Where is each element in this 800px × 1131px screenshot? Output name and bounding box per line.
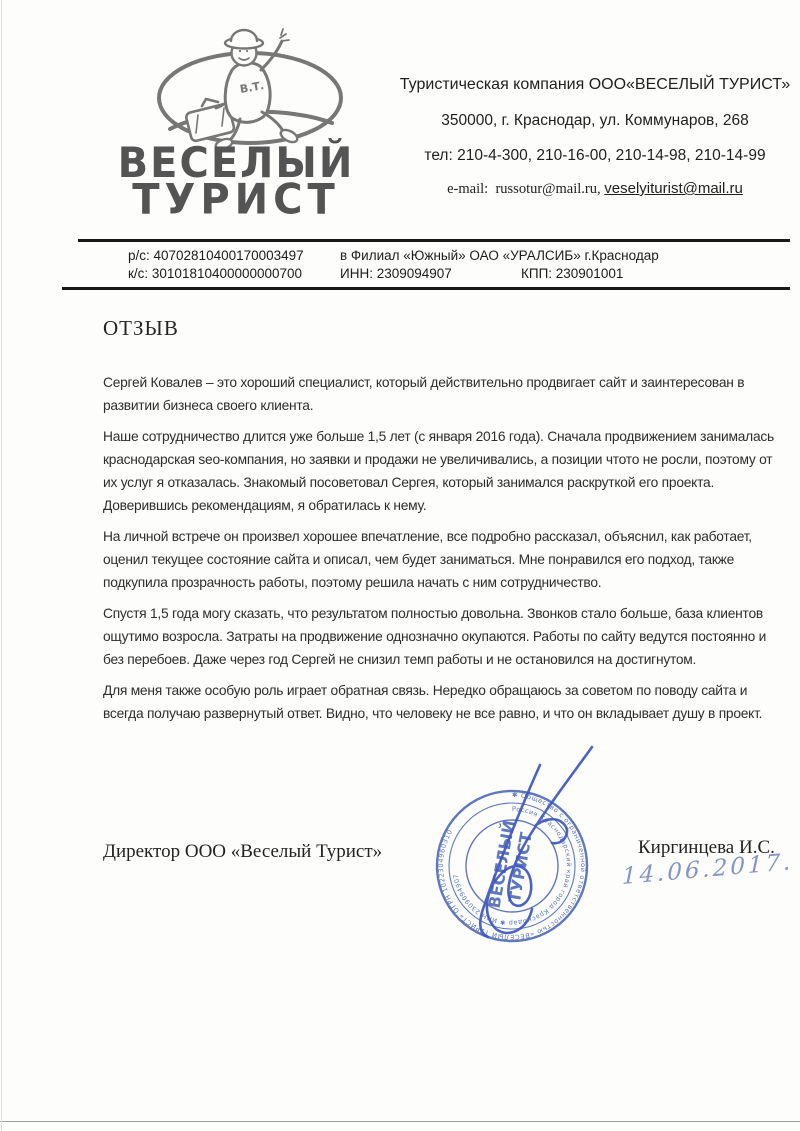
company-address: 350000, г. Краснодар, ул. Коммунаров, 26… xyxy=(392,112,798,130)
text-line: Для меня также особую роль играет обратн… xyxy=(103,679,763,702)
company-email-line: e-mail: russotur@mail.ru, veselyiturist@… xyxy=(392,180,798,198)
text-line: На личной встрече он произвел хорошее вп… xyxy=(103,525,763,548)
settlement-account: р/с: 40702810400170003497 xyxy=(128,248,304,263)
text-line: Доверившись рекомендациям, я обратилась … xyxy=(103,494,763,517)
paragraph: Для меня также особую роль играет обратн… xyxy=(103,679,763,725)
corr-account: к/с: 30101810400000000700 xyxy=(128,266,302,281)
letterhead-rule-bottom xyxy=(62,287,790,290)
text-line: Сергей Ковалев – это хороший специалист,… xyxy=(103,371,763,394)
scan-edge-left xyxy=(1,0,2,1131)
text-line: развитии бизнеса своего клиента. xyxy=(103,394,763,417)
logo-wordmark: ВЕСЕЛЫЙ ТУРИСТ xyxy=(108,146,364,219)
signature-stroke-main xyxy=(487,747,592,933)
email-label: e-mail: xyxy=(447,181,488,197)
paragraph: Спустя 1,5 года могу сказать, что резуль… xyxy=(103,602,763,671)
director-signature xyxy=(420,733,630,948)
company-phones: тел: 210-4-300, 210-16-00, 210-14-98, 21… xyxy=(392,147,798,165)
text-line: подкупила прозрачность работы, поэтому р… xyxy=(103,571,763,594)
inn-value: ИНН: 2309094907 xyxy=(340,266,452,281)
director-title: Директор ООО «Веселый Турист» xyxy=(103,841,382,863)
text-line: оценил текущее состояние сайта и описал,… xyxy=(103,548,763,571)
email-secondary-link: veselyiturist@mail.ru xyxy=(604,180,743,197)
text-line: краснодарская seo-компания, но заявки и … xyxy=(103,448,763,471)
company-name: Туристическая компания ООО«ВЕСЕЛЫЙ ТУРИС… xyxy=(392,76,798,94)
text-line: Спустя 1,5 года могу сказать, что резуль… xyxy=(103,602,763,625)
letter-title: ОТЗЫВ xyxy=(103,316,179,341)
company-logo-mascot: В.Т. xyxy=(140,16,360,152)
paragraph: Наше сотрудничество длится уже больше 1,… xyxy=(103,425,763,517)
scanned-letter-page: В.Т. ВЕСЕЛЫЙ ТУРИСТ Туристическая компан… xyxy=(0,0,800,1131)
text-line: Наше сотрудничество длится уже больше 1,… xyxy=(103,425,763,448)
kpp-value: КПП: 230901001 xyxy=(521,266,623,281)
letterhead-rule-top xyxy=(78,239,790,242)
scan-edge-bottom xyxy=(0,1121,800,1122)
text-line: ощутимо возросла. Затраты на продвижение… xyxy=(103,625,763,648)
text-line: всегда получаю развернутый ответ. Видно,… xyxy=(103,702,763,725)
logo-wordmark-line2: ТУРИСТ xyxy=(108,182,364,218)
paragraph: Сергей Ковалев – это хороший специалист,… xyxy=(103,371,763,417)
text-line: их услуг я отказалась. Знакомый посовето… xyxy=(103,471,763,494)
text-line: без перебоев. Даже через год Сергей не с… xyxy=(103,648,763,671)
email-primary: russotur@mail.ru, xyxy=(495,181,600,197)
letter-body: Сергей Ковалев – это хороший специалист,… xyxy=(103,371,763,733)
signature-stroke-loop xyxy=(536,819,567,843)
bank-branch: в Филиал «Южный» ОАО «УРАЛСИБ» г.Краснод… xyxy=(340,248,659,263)
paragraph: На личной встрече он произвел хорошее вп… xyxy=(103,525,763,594)
